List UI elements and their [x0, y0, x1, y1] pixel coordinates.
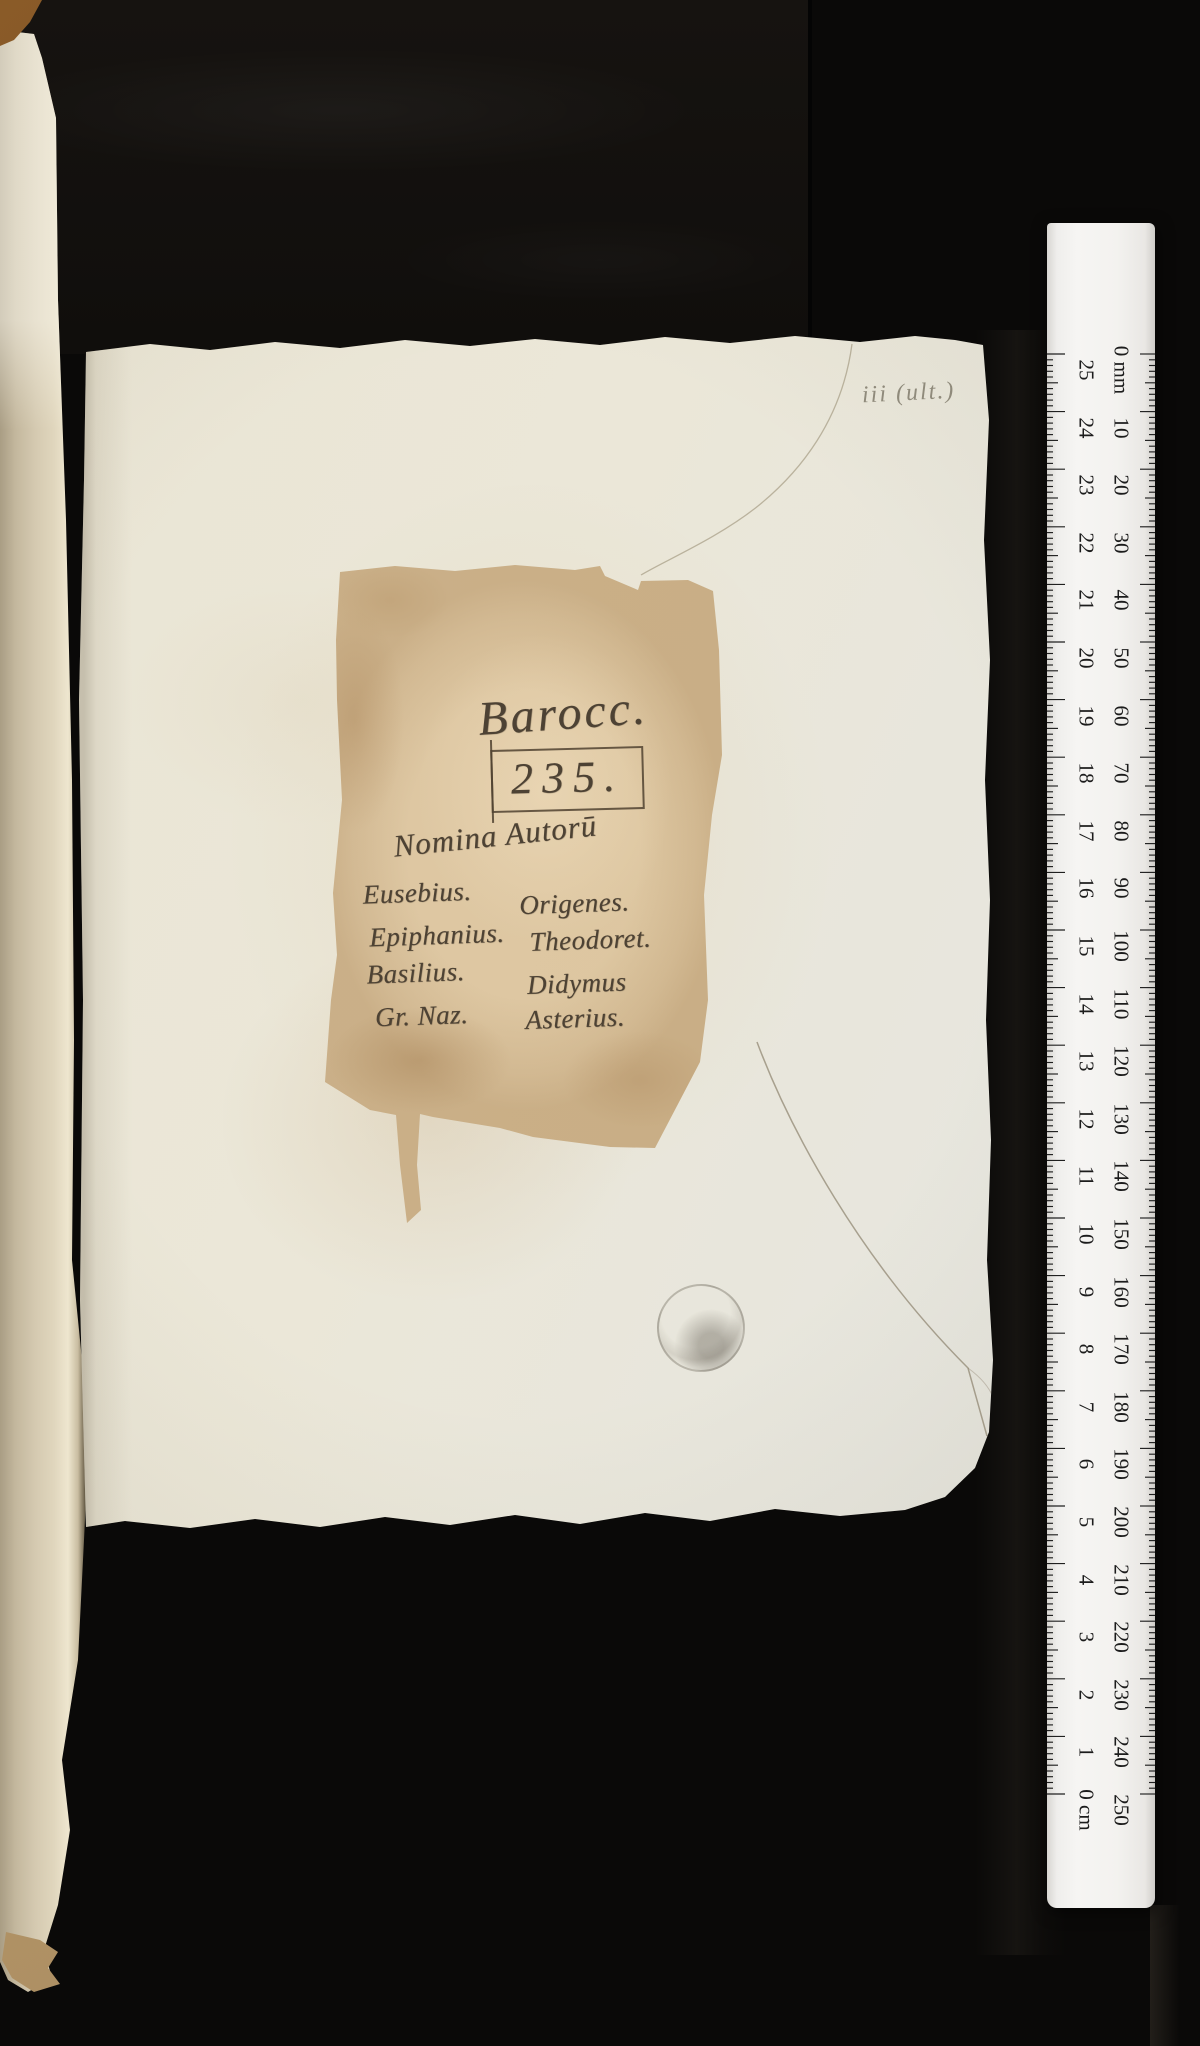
ruler-mm-label: 130 [1109, 1103, 1134, 1135]
ruler-cm-label: 25 [1074, 360, 1099, 381]
ruler-mm-label: 190 [1109, 1449, 1134, 1481]
ruler-mm-label: 100 [1109, 930, 1134, 962]
ruler-cm-label: 0 cm [1074, 1789, 1099, 1830]
ruler-ticks [1047, 223, 1155, 1908]
ruler-mm-label: 30 [1109, 532, 1134, 553]
ruler-mm-label: 0 mm [1109, 346, 1134, 394]
backdrop-cloth [0, 0, 812, 354]
ruler-cm-label: 13 [1074, 1051, 1099, 1072]
ruler-mm-label: 60 [1109, 705, 1134, 726]
ruler-mm-label: 220 [1109, 1621, 1134, 1653]
author-name-right: Asterius. [525, 1002, 626, 1036]
ruler-cm-label: 4 [1074, 1574, 1099, 1585]
foliation-note: iii (ult.) [861, 378, 956, 410]
author-name-right: Didymus [527, 966, 628, 1000]
ruler-cm-label: 24 [1074, 417, 1099, 438]
ruler-mm-label: 160 [1109, 1276, 1134, 1308]
ruler-cm-label: 17 [1074, 820, 1099, 841]
ruler-cm-label: 19 [1074, 705, 1099, 726]
ruler-cm-label: 10 [1074, 1224, 1099, 1245]
ruler-mm-label: 70 [1109, 763, 1134, 784]
author-name-left: Epiphanius. [369, 918, 505, 954]
shelfmark-number: 235. [510, 752, 624, 804]
ruler-cm-label: 22 [1074, 532, 1099, 553]
ruler-cm-label: 15 [1074, 936, 1099, 957]
ruler-cm-label: 16 [1074, 878, 1099, 899]
ruler-mm-label: 120 [1109, 1045, 1134, 1077]
ruler-mm-label: 150 [1109, 1218, 1134, 1250]
ruler-mm-label: 140 [1109, 1161, 1134, 1193]
ruler-mm-label: 230 [1109, 1679, 1134, 1711]
ruler-mm-label: 250 [1109, 1794, 1134, 1826]
ruler-mm-label: 240 [1109, 1737, 1134, 1769]
ruler-mm-label: 50 [1109, 648, 1134, 669]
authors-list: Eusebius.Origenes.Epiphanius.Theodoret.B… [352, 860, 699, 1072]
ruler-mm-label: 90 [1109, 878, 1134, 899]
ruler-cm-label: 21 [1074, 590, 1099, 611]
ruler-cm-label: 20 [1074, 648, 1099, 669]
ink-stamp-ghost [649, 1276, 753, 1380]
ruler-cm-label: 3 [1074, 1632, 1099, 1643]
ruler-cm-label: 8 [1074, 1344, 1099, 1355]
cover-edge-sheen [1150, 1905, 1180, 2046]
ruler-mm-label: 80 [1109, 820, 1134, 841]
ruler-mm-label: 180 [1109, 1391, 1134, 1423]
author-name-right: Origenes. [519, 886, 630, 921]
author-name-left: Basilius. [366, 956, 465, 990]
ruler-mm-label: 200 [1109, 1506, 1134, 1538]
ruler-mm-label: 40 [1109, 590, 1134, 611]
ruler-mm-label: 110 [1109, 988, 1134, 1019]
author-name-left: Gr. Naz. [375, 999, 469, 1033]
author-name-left: Eusebius. [362, 876, 472, 911]
ruler-mm-label: 10 [1109, 417, 1134, 438]
ruler-mm-label: 170 [1109, 1333, 1134, 1365]
ruler-mm-label: 210 [1109, 1564, 1134, 1596]
ruler-mm-label: 20 [1109, 475, 1134, 496]
ruler-cm-label: 1 [1074, 1747, 1099, 1758]
ruler-cm-label: 5 [1074, 1517, 1099, 1528]
ruler-cm-label: 2 [1074, 1690, 1099, 1701]
ruler-cm-label: 6 [1074, 1459, 1099, 1470]
ruler-cm-label: 7 [1074, 1402, 1099, 1413]
measurement-ruler: 2524232221201918171615141312111098765432… [1047, 223, 1155, 1908]
authors-heading: Nomina Autorū [392, 807, 599, 864]
ruler-cm-label: 12 [1074, 1108, 1099, 1129]
ruler-cm-label: 23 [1074, 475, 1099, 496]
ruler-cm-label: 14 [1074, 993, 1099, 1014]
ruler-cm-label: 11 [1074, 1166, 1099, 1186]
ruler-cm-label: 18 [1074, 763, 1099, 784]
collection-name: Barocc. [476, 680, 649, 747]
author-name-right: Theodoret. [529, 923, 652, 958]
ruler-cm-label: 9 [1074, 1286, 1099, 1297]
shelfmark-box: 235. [490, 746, 645, 813]
photo-stage: iii (ult.) Barocc. 235. Nomina Autorū Eu… [0, 0, 1200, 2046]
